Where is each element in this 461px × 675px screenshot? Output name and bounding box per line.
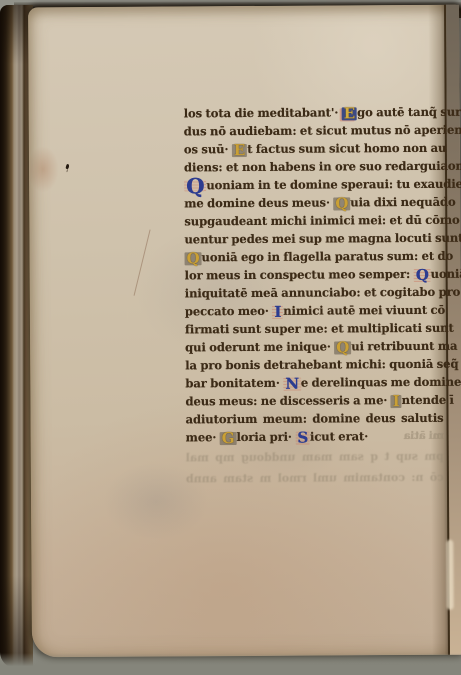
text-segment: uoniam in te domine speraui: tu exaudies bbox=[206, 177, 461, 193]
text-segment: supgaudeant michi inimici mei: et dū cōm… bbox=[184, 213, 459, 229]
illuminated-initial: I bbox=[391, 395, 402, 408]
text-line: me domine deus meus· Quia dixi nequādo bbox=[184, 193, 442, 213]
bleedthrough-line: pm sup t q sam mam unddoug mp mal bbox=[186, 447, 444, 468]
text-segment: os suū· bbox=[184, 142, 232, 156]
text-segment: la pro bonis detrahebant michi: quoniā s… bbox=[185, 357, 458, 373]
text-block: los tota die meditabant'· Ego autē tanq̃… bbox=[184, 103, 444, 489]
illuminated-initial: Q bbox=[185, 252, 202, 265]
text-line: iniquitatē meā annunciabo: et cogitabo p… bbox=[185, 283, 443, 303]
text-line-content: mee· Gloria pri· Sicut erat· bbox=[186, 427, 369, 446]
text-line: dus nō audiebam: et sicut mutus nō aperi… bbox=[184, 121, 442, 141]
illuminated-initial: I bbox=[272, 306, 283, 319]
text-line: lor meus in conspectu meo semper: Quoniā bbox=[185, 265, 443, 285]
text-segment: dus nō audiebam: et sicut mutus nō aperi… bbox=[184, 123, 461, 139]
text-segment: t factus sum sicut homo non au bbox=[247, 141, 446, 156]
bleedthrough-fragment: mi ātia bbox=[404, 427, 444, 445]
illuminated-initial: S bbox=[295, 432, 310, 445]
illuminated-initial: Q bbox=[414, 269, 431, 282]
text-segment: peccato meo· bbox=[185, 304, 272, 319]
text-segment: ntende ī bbox=[402, 393, 454, 407]
text-line: bar bonitatem· Ne derelinquas me domine bbox=[185, 373, 443, 393]
text-segment: firmati sunt super me: et multiplicati s… bbox=[185, 321, 454, 337]
text-line: uentur pedes mei sup me magna locuti sun… bbox=[184, 229, 442, 249]
text-line: firmati sunt super me: et multiplicati s… bbox=[185, 319, 443, 339]
bleedthrough-line: cō n: contamim uml rmol m stam annb bbox=[186, 468, 444, 489]
text-segment: lor meus in conspectu meo semper: bbox=[185, 267, 414, 282]
illuminated-initial: Q bbox=[333, 197, 350, 210]
manuscript-photo: los tota die meditabant'· Ego autē tanq̃… bbox=[0, 0, 461, 675]
text-segment: go autē tanq̃ sur bbox=[357, 105, 461, 120]
text-segment: ui retribuunt ma bbox=[351, 339, 457, 354]
illuminated-initial: N bbox=[283, 378, 301, 391]
text-segment: iniquitatē meā annunciabo: et cogitabo p… bbox=[185, 285, 461, 301]
text-segment: me domine deus meus· bbox=[184, 195, 333, 210]
text-segment: mee· bbox=[186, 430, 220, 444]
text-line: diens: et non habens in ore suo redargui… bbox=[184, 157, 442, 177]
text-segment: adiutorium meum: domine deus salutis bbox=[185, 411, 443, 427]
text-line: Quoniam in te domine speraui: tu exaudie… bbox=[184, 175, 442, 195]
background-shadow-bottom bbox=[0, 653, 461, 675]
illuminated-initial: Q bbox=[334, 341, 351, 354]
illuminated-initial: Q bbox=[184, 180, 206, 191]
text-line: peccato meo· Inimici autē mei viuunt cō bbox=[185, 301, 443, 321]
text-segment: qui oderunt me inique· bbox=[185, 339, 334, 354]
illuminated-initial: G bbox=[220, 432, 237, 445]
text-segment: uentur pedes mei sup me magna locuti sun… bbox=[184, 231, 461, 247]
text-line: qui oderunt me inique· Qui retribuunt ma bbox=[185, 337, 443, 357]
text-line: los tota die meditabant'· Ego autē tanq̃… bbox=[184, 103, 442, 123]
manuscript-page: los tota die meditabant'· Ego autē tanq̃… bbox=[28, 5, 461, 658]
text-line: os suū· Et factus sum sicut homo non au bbox=[184, 139, 442, 159]
text-line: la pro bonis detrahebant michi: quoniā s… bbox=[185, 355, 443, 375]
text-line: Quoniā ego in flagella paratus sum: et d… bbox=[184, 247, 442, 267]
text-segment: deus meus: ne discesseris a me· bbox=[185, 393, 390, 408]
text-line: adiutorium meum: domine deus salutis bbox=[185, 409, 443, 429]
text-line: supgaudeant michi inimici mei: et dū cōm… bbox=[184, 211, 442, 231]
text-segment: diens: et non habens in ore suo redargui… bbox=[184, 159, 461, 175]
penwork-hairline bbox=[134, 229, 151, 295]
text-segment: icut erat· bbox=[310, 429, 368, 443]
text-segment: nimici autē mei viuunt cō bbox=[283, 303, 445, 318]
illuminated-initial: E bbox=[232, 144, 247, 157]
text-segment: los tota die meditabant'· bbox=[184, 105, 342, 120]
text-line: mee· Gloria pri· Sicut erat·mi ātia bbox=[186, 427, 444, 447]
text-segment: loria pri· bbox=[236, 430, 295, 444]
ink-speck bbox=[65, 164, 69, 170]
text-segment: e derelinquas me domine bbox=[301, 375, 461, 390]
illuminated-initial: E bbox=[342, 107, 357, 120]
adjacent-page-highlight bbox=[446, 540, 453, 610]
text-segment: bar bonitatem· bbox=[185, 376, 283, 391]
text-segment: uoniā ego in flagella paratus sum: et do bbox=[201, 249, 453, 265]
text-segment: uoniā bbox=[431, 267, 461, 281]
text-segment: uia dixi nequādo bbox=[350, 195, 455, 210]
text-line: deus meus: ne discesseris a me· Intende … bbox=[185, 391, 443, 411]
